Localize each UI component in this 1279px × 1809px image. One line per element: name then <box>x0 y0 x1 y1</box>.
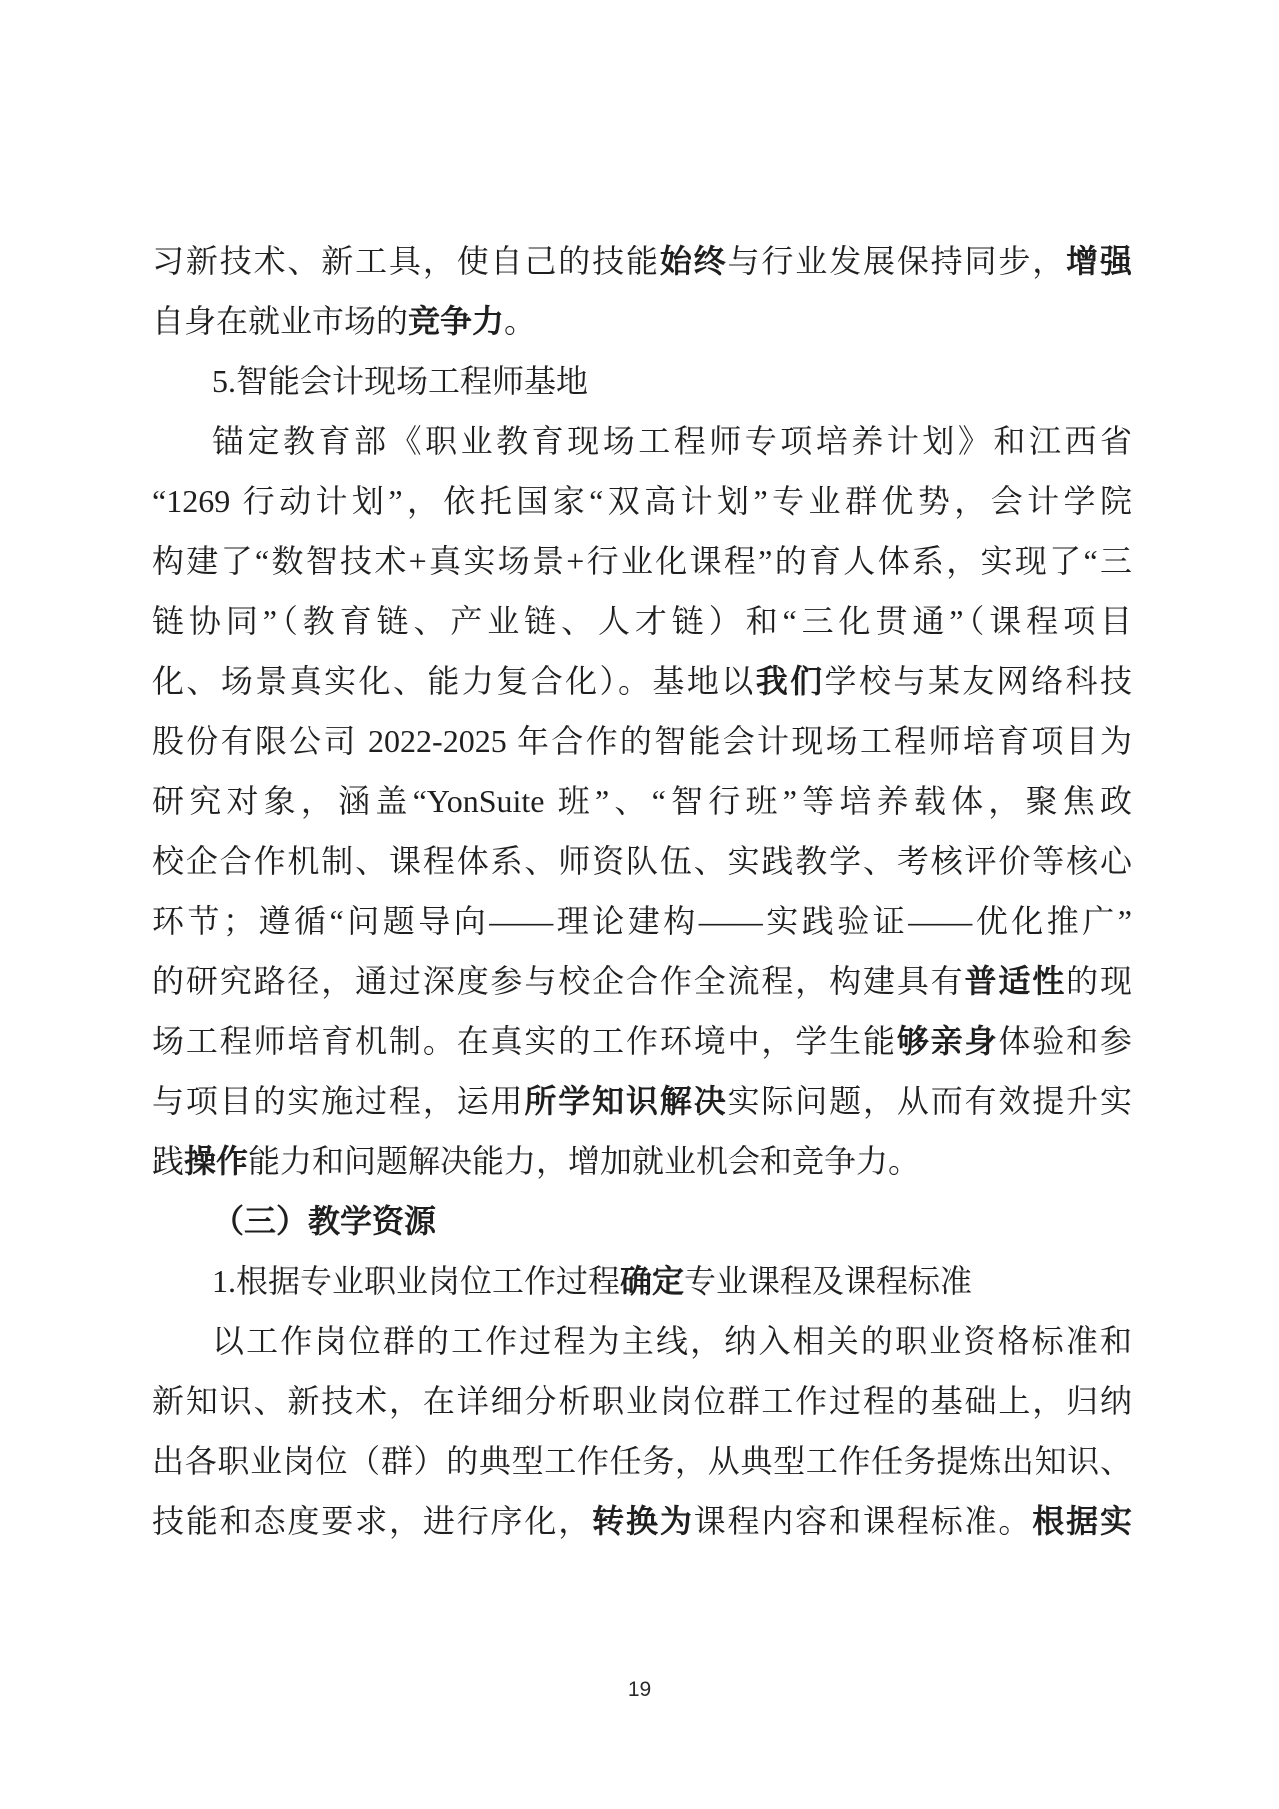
text-run: 专业课程及课程标准 <box>684 1263 972 1299</box>
text-line: 技能和态度要求，进行序化，转换为课程内容和课程标准。根据实 <box>152 1491 1132 1551</box>
text-line: “1269 行动计划”，依托国家“双高计划”专业群优势，会计学院 <box>152 471 1132 531</box>
document-page: 习新技术、新工具，使自己的技能始终与行业发展保持同步，增强自身在就业市场的竞争力… <box>0 0 1279 1809</box>
bold-text-run: 确定 <box>620 1263 684 1299</box>
text-line: 自身在就业市场的竞争力。 <box>152 291 1132 351</box>
text-line: 出各职业岗位（群）的典型工作任务，从典型工作任务提炼出知识、 <box>152 1431 1132 1491</box>
text-line: 链协同”（教育链、产业链、人才链）和“三化贯通”（课程项目 <box>152 591 1132 651</box>
text-run: 股份有限公司 2022-2025 年合作的智能会计现场工程师培育项目为 <box>152 723 1132 759</box>
bold-text-run: 所学知识解决 <box>524 1083 727 1119</box>
text-run: 技能和态度要求，进行序化， <box>152 1503 592 1539</box>
text-run: 的研究路径，通过深度参与校企合作全流程，构建具有 <box>152 963 965 999</box>
text-run: 习新技术、新工具，使自己的技能 <box>152 243 660 279</box>
text-run: 。 <box>504 303 536 339</box>
text-run: 链协同”（教育链、产业链、人才链）和“三化贯通”（课程项目 <box>152 603 1132 639</box>
text-run: 体验和参 <box>998 1023 1132 1059</box>
page-number: 19 <box>0 1678 1279 1702</box>
text-run: 环节；遵循“问题导向——理论建构——实践验证——优化推广” <box>152 903 1132 939</box>
text-run: 构建了“数智技术+真实场景+行业化课程”的育人体系，实现了“三 <box>152 543 1132 579</box>
document-body: 习新技术、新工具，使自己的技能始终与行业发展保持同步，增强自身在就业市场的竞争力… <box>152 231 1132 1551</box>
bold-text-run: 转换为 <box>592 1503 694 1539</box>
text-run: 化、场景真实化、能力复合化）。基地以 <box>152 663 756 699</box>
bold-text-run: 我们 <box>756 663 825 699</box>
text-run: 践 <box>152 1143 184 1179</box>
text-line: 践操作能力和问题解决能力，增加就业机会和竞争力。 <box>152 1131 1132 1191</box>
text-line: 锚定教育部《职业教育现场工程师专项培养计划》和江西省 <box>152 411 1132 471</box>
bold-text-run: 普适性 <box>965 963 1067 999</box>
bold-text-run: 增强 <box>1066 243 1132 279</box>
text-line: 1.根据专业职业岗位工作过程确定专业课程及课程标准 <box>152 1251 1132 1311</box>
text-line: 5.智能会计现场工程师基地 <box>152 351 1132 411</box>
text-run: 1.根据专业职业岗位工作过程 <box>212 1263 620 1299</box>
text-run: “1269 行动计划”，依托国家“双高计划”专业群优势，会计学院 <box>152 483 1132 519</box>
text-run: 锚定教育部《职业教育现场工程师专项培养计划》和江西省 <box>212 423 1132 459</box>
bold-text-run: 根据实 <box>1032 1503 1132 1539</box>
text-run: 校企合作机制、课程体系、师资队伍、实践教学、考核评价等核心 <box>152 843 1132 879</box>
text-run: 5.智能会计现场工程师基地 <box>212 363 588 399</box>
text-run: 与项目的实施过程，运用 <box>152 1083 524 1119</box>
text-run: 自身在就业市场的 <box>152 303 408 339</box>
bold-text-run: 始终 <box>660 243 728 279</box>
text-line: 化、场景真实化、能力复合化）。基地以我们学校与某友网络科技 <box>152 651 1132 711</box>
text-line: 习新技术、新工具，使自己的技能始终与行业发展保持同步，增强 <box>152 231 1132 291</box>
text-line: 与项目的实施过程，运用所学知识解决实际问题，从而有效提升实 <box>152 1071 1132 1131</box>
text-run: 场工程师培育机制。在真实的工作环境中，学生能 <box>152 1023 897 1059</box>
text-run: 课程内容和课程标准。 <box>694 1503 1033 1539</box>
text-line: 股份有限公司 2022-2025 年合作的智能会计现场工程师培育项目为 <box>152 711 1132 771</box>
text-line: 的研究路径，通过深度参与校企合作全流程，构建具有普适性的现 <box>152 951 1132 1011</box>
text-line: 场工程师培育机制。在真实的工作环境中，学生能够亲身体验和参 <box>152 1011 1132 1071</box>
text-run: 实际问题，从而有效提升实 <box>728 1083 1132 1119</box>
text-line: 以工作岗位群的工作过程为主线，纳入相关的职业资格标准和 <box>152 1311 1132 1371</box>
text-run: 新知识、新技术，在详细分析职业岗位群工作过程的基础上，归纳 <box>152 1383 1132 1419</box>
text-line: 环节；遵循“问题导向——理论建构——实践验证——优化推广” <box>152 891 1132 951</box>
text-line: （三）教学资源 <box>152 1191 1132 1251</box>
text-line: 校企合作机制、课程体系、师资队伍、实践教学、考核评价等核心 <box>152 831 1132 891</box>
bold-text-run: 竞争力 <box>408 303 504 339</box>
text-run: 学校与某友网络科技 <box>825 663 1132 699</box>
text-run: 出各职业岗位（群）的典型工作任务，从典型工作任务提炼出知识、 <box>152 1443 1132 1479</box>
text-run: 的现 <box>1066 963 1132 999</box>
text-run: 与行业发展保持同步， <box>728 243 1067 279</box>
text-run: 研究对象，涵盖“YonSuite 班”、“智行班”等培养载体，聚焦政 <box>152 783 1132 819</box>
text-line: 研究对象，涵盖“YonSuite 班”、“智行班”等培养载体，聚焦政 <box>152 771 1132 831</box>
text-line: 构建了“数智技术+真实场景+行业化课程”的育人体系，实现了“三 <box>152 531 1132 591</box>
bold-text-run: 够亲身 <box>897 1023 999 1059</box>
bold-text-run: （三）教学资源 <box>212 1203 436 1239</box>
text-run: 能力和问题解决能力，增加就业机会和竞争力。 <box>248 1143 920 1179</box>
text-run: 以工作岗位群的工作过程为主线，纳入相关的职业资格标准和 <box>212 1323 1132 1359</box>
bold-text-run: 操作 <box>184 1143 248 1179</box>
text-line: 新知识、新技术，在详细分析职业岗位群工作过程的基础上，归纳 <box>152 1371 1132 1431</box>
